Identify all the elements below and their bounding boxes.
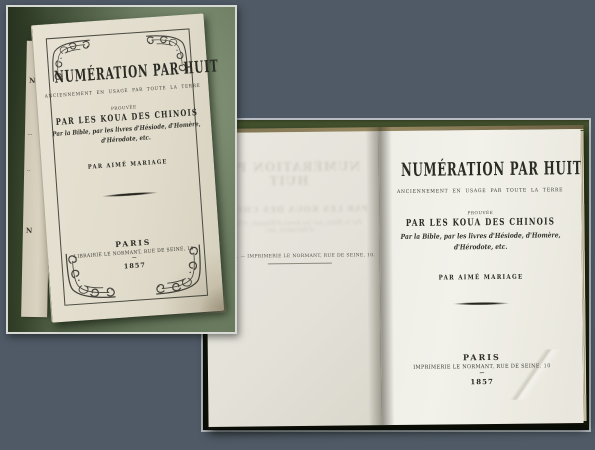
cover-corner-wear	[198, 283, 226, 315]
spine-letter-fragment: ···	[28, 133, 32, 137]
book-cover: NUMÉRATION PAR HUIT ANCIENNEMENT EN USAG…	[32, 13, 224, 322]
title-page-sources-2: d'Hérodote, etc.	[395, 241, 567, 252]
spine-letter-fragment: N	[26, 227, 33, 234]
title-page: NUMÉRATION PAR HUIT ANCIENNEMENT EN USAG…	[378, 129, 583, 425]
printer-imprint-rule	[267, 263, 331, 265]
page-crease	[487, 349, 578, 400]
photo-front-wrapper: N ··· ·· N NUMÉRATION PAR HUIT ANCIENNEM…	[6, 5, 237, 334]
title-page-subtitle: ANCIENNEMENT EN USAGE PAR TOUTE LA TERRE	[387, 187, 573, 195]
cover-text-block: NUMÉRATION PAR HUIT ANCIENNEMENT EN USAG…	[32, 13, 224, 322]
title-page-title: NUMÉRATION PAR HUIT	[401, 157, 559, 181]
printer-imprint-line: PARIS. — IMPRIMERIE LE NORMANT, RUE DE S…	[217, 253, 380, 260]
open-book-spread: NUMÉRATION PAR HUIT PAR LES KOUA DES CHI…	[205, 125, 586, 427]
cover-title: NUMÉRATION PAR HUIT	[54, 59, 189, 88]
ornament-rule-icon	[102, 191, 158, 198]
title-page-author: PAR AIMÉ MARIAGE	[395, 272, 567, 282]
spine-letter-fragment: ··	[27, 169, 30, 173]
title-page-proven-word: PROUVÉE	[379, 209, 581, 216]
photo-composite-background: NUMÉRATION PAR HUIT PAR LES KOUA DES CHI…	[0, 0, 595, 450]
cover-author: PAR AIMÉ MARIAGE	[55, 156, 201, 173]
photo-open-book: NUMÉRATION PAR HUIT PAR LES KOUA DES CHI…	[201, 118, 591, 432]
ornament-rule-icon	[453, 302, 509, 306]
title-page-koua-line: PAR LES KOUA DES CHINOIS	[400, 217, 562, 229]
title-page-sources-1: Par la Bible, par les livres d'Hésiode, …	[395, 230, 567, 241]
